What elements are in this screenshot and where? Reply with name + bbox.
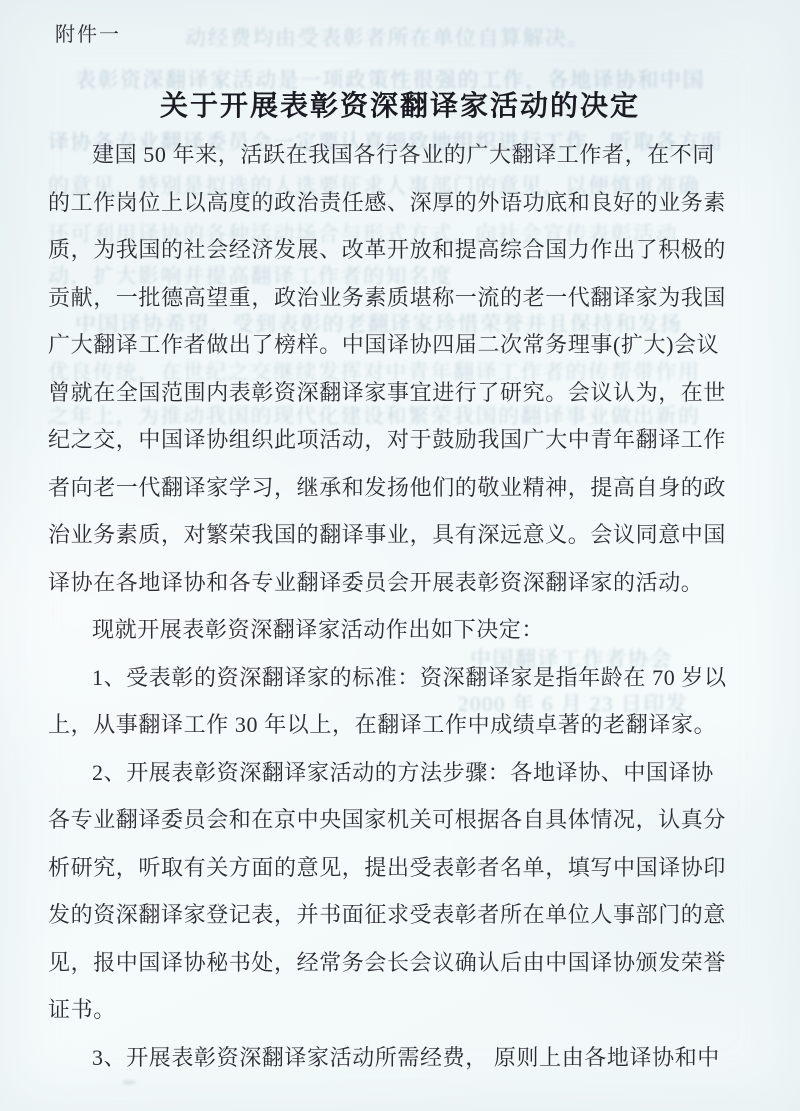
scan-smudge	[122, 1080, 136, 1085]
body-line: 贡献，一批德高望重，政治业务素质堪称一流的老一代翻译家为我国	[48, 274, 748, 322]
body-line: 3、开展表彰资深翻译家活动所需经费， 原则上由各地译协和中	[48, 1034, 748, 1082]
body-line: 曾就在全国范围内表彰资深翻译家事宜进行了研究。会议认为，在世	[48, 369, 748, 417]
attachment-label: 附件一	[55, 18, 121, 47]
body-line: 各专业翻译委员会和在京中央国家机关可根据各自具体情况，认真分	[48, 796, 748, 844]
bleedthrough-line: 动经费均由受表彰者所在单位自算解决。	[185, 22, 590, 52]
body-line: 纪之交，中国译协组织此项活动，对于鼓励我国广大中青年翻译工作	[48, 416, 748, 464]
body-line: 建国 50 年来，活跃在我国各行各业的广大翻译工作者，在不同	[48, 131, 748, 179]
body-line: 析研究，听取有关方面的意见，提出受表彰者名单，填写中国译协印	[48, 844, 748, 892]
body-line: 的工作岗位上以高度的政治责任感、深厚的外语功底和良好的业务素	[48, 179, 748, 227]
body-line: 质，为我国的社会经济发展、改革开放和提高综合国力作出了积极的	[48, 226, 748, 274]
body-line: 译协在各地译协和各专业翻译委员会开展表彰资深翻译家的活动。	[48, 559, 748, 607]
body-line: 上，从事翻译工作 30 年以上，在翻译工作中成绩卓著的老翻译家。	[48, 701, 748, 749]
document-body: 建国 50 年来，活跃在我国各行各业的广大翻译工作者，在不同 的工作岗位上以高度…	[48, 131, 748, 1081]
body-line: 发的资深翻译家登记表，并书面征求受表彰者所在单位人事部门的意	[48, 891, 748, 939]
document-title: 关于开展表彰资深翻译家活动的决定	[0, 84, 800, 124]
scanned-page: 动经费均由受表彰者所在单位自算解决。 表彰资深翻译家活动是一项政策性很强的工作，…	[0, 0, 800, 1111]
body-line: 见，报中国译协秘书处，经常务会长会议确认后由中国译协颁发荣誉	[48, 939, 748, 987]
body-line: 者向老一代翻译家学习，继承和发扬他们的敬业精神，提高自身的政	[48, 464, 748, 512]
body-line: 证书。	[48, 986, 748, 1034]
body-line: 1、受表彰的资深翻译家的标准：资深翻译家是指年龄在 70 岁以	[48, 654, 748, 702]
body-line: 现就开展表彰资深翻译家活动作出如下决定：	[48, 606, 748, 654]
body-line: 2、开展表彰资深翻译家活动的方法步骤：各地译协、中国译协	[48, 749, 748, 797]
body-line: 广大翻译工作者做出了榜样。中国译协四届二次常务理事(扩大)会议	[48, 321, 748, 369]
body-line: 治业务素质，对繁荣我国的翻译事业，具有深远意义。会议同意中国	[48, 511, 748, 559]
